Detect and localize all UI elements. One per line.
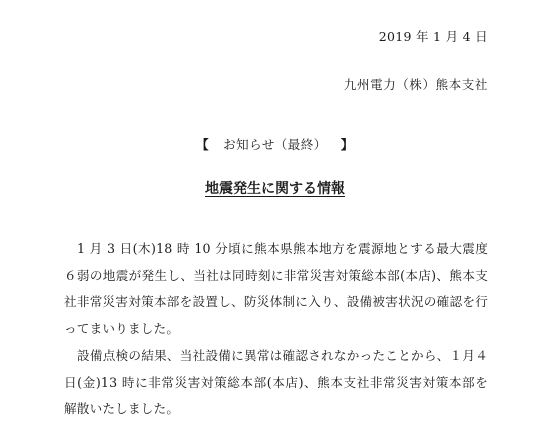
notice-heading: 【お知らせ（最終）】	[0, 135, 550, 153]
document-body: 1 月 3 日(木)18 時 10 分頃に熊本県熊本地方を震源地とする最大震度６…	[64, 236, 488, 423]
body-paragraph: 1 月 3 日(木)18 時 10 分頃に熊本県熊本地方を震源地とする最大震度６…	[64, 236, 488, 342]
document-page: 2019 年 1 月 4 日 九州電力（株）熊本支社 【お知らせ（最終）】 地震…	[0, 0, 550, 423]
notice-close-bracket: 】	[341, 137, 354, 152]
issuer-name: 九州電力（株）熊本支社	[344, 75, 488, 93]
body-paragraph: 設備点検の結果、当社設備に異常は確認されなかったことから、１月４日(金)13 時…	[64, 343, 488, 423]
notice-label: お知らせ（最終）	[223, 137, 327, 152]
document-title: 地震発生に関する情報	[0, 178, 550, 198]
notice-open-bracket: 【	[196, 137, 209, 152]
document-date: 2019 年 1 月 4 日	[379, 27, 488, 45]
document-title-text: 地震発生に関する情報	[205, 181, 345, 197]
